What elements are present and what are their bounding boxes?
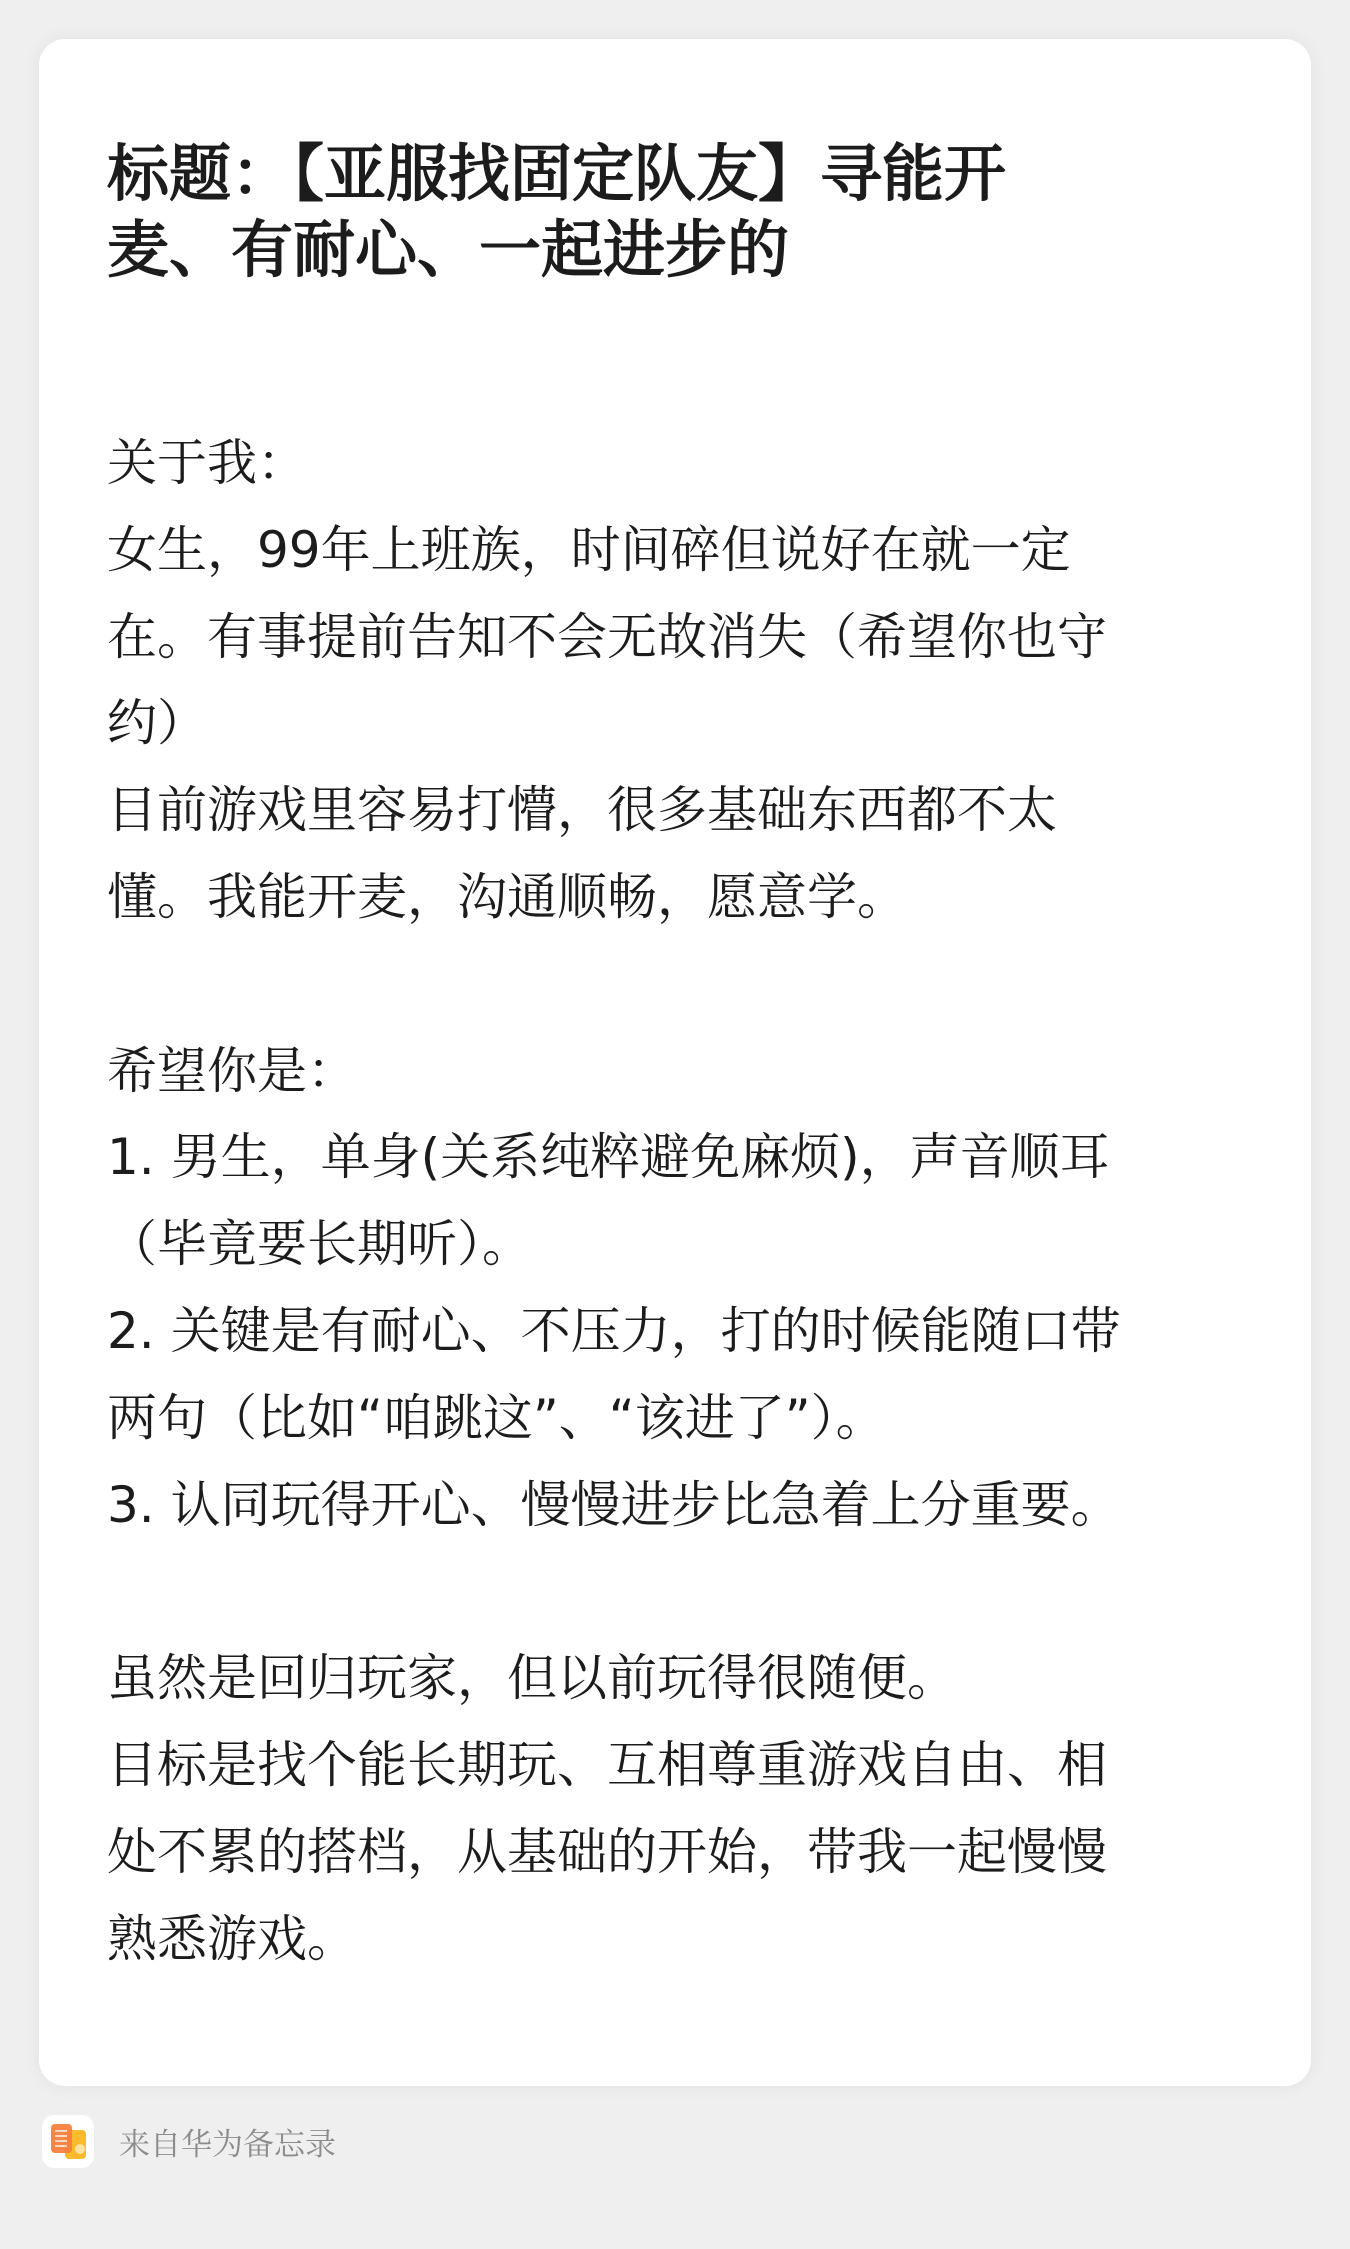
- note-content: 关于我： 女生，99年上班族，时间碎但说好在就一定 在。有事提前告知不会无故消失…: [107, 420, 1121, 1982]
- content-line-blank: [107, 941, 1121, 1028]
- content-line: 在。有事提前告知不会无故消失（希望你也守: [107, 594, 1121, 681]
- content-line: 关于我：: [107, 420, 1121, 507]
- orange-doc-icon: [51, 2124, 72, 2153]
- content-line: 目前游戏里容易打懵，很多基础东西都不太: [107, 767, 1121, 854]
- content-line: 处不累的搭档，从基础的开始，带我一起慢慢: [107, 1809, 1121, 1896]
- content-line: 女生，99年上班族，时间碎但说好在就一定: [107, 507, 1121, 594]
- content-line: 约）: [107, 680, 1121, 767]
- content-line: 3. 认同玩得开心、慢慢进步比急着上分重要。: [107, 1462, 1121, 1549]
- doc-line: [55, 2140, 67, 2142]
- content-line: 1. 男生，单身(关系纯粹避免麻烦)，声音顺耳: [107, 1114, 1121, 1201]
- content-line: 希望你是：: [107, 1028, 1121, 1115]
- title-line: 麦、有耐心、一起进步的: [107, 212, 1006, 288]
- content-line: 熟悉游戏。: [107, 1896, 1121, 1983]
- content-line: 虽然是回归玩家，但以前玩得很随便。: [107, 1635, 1121, 1722]
- source-label: 来自华为备忘录: [119, 2119, 336, 2164]
- check-icon: [75, 2144, 85, 2154]
- content-line: 目标是找个能长期玩、互相尊重游戏自由、相: [107, 1722, 1121, 1809]
- note-title: 标题：【亚服找固定队友】寻能开 麦、有耐心、一起进步的: [107, 136, 1006, 288]
- doc-line: [55, 2135, 67, 2137]
- content-line: （毕竟要长期听）。: [107, 1201, 1121, 1288]
- notes-app-icon: [42, 2115, 94, 2168]
- content-line-blank: [107, 1548, 1121, 1635]
- doc-line: [55, 2145, 67, 2147]
- content-line: 两句（比如“咱跳这”、“该进了”）。: [107, 1375, 1121, 1462]
- content-line: 懂。我能开麦，沟通顺畅，愿意学。: [107, 854, 1121, 941]
- note-card: 标题：【亚服找固定队友】寻能开 麦、有耐心、一起进步的 关于我： 女生，99年上…: [39, 39, 1311, 2086]
- doc-line: [55, 2130, 67, 2132]
- source-footer: 来自华为备忘录: [42, 2115, 336, 2168]
- title-line: 标题：【亚服找固定队友】寻能开: [107, 136, 1006, 212]
- content-line: 2. 关键是有耐心、不压力，打的时候能随口带: [107, 1288, 1121, 1375]
